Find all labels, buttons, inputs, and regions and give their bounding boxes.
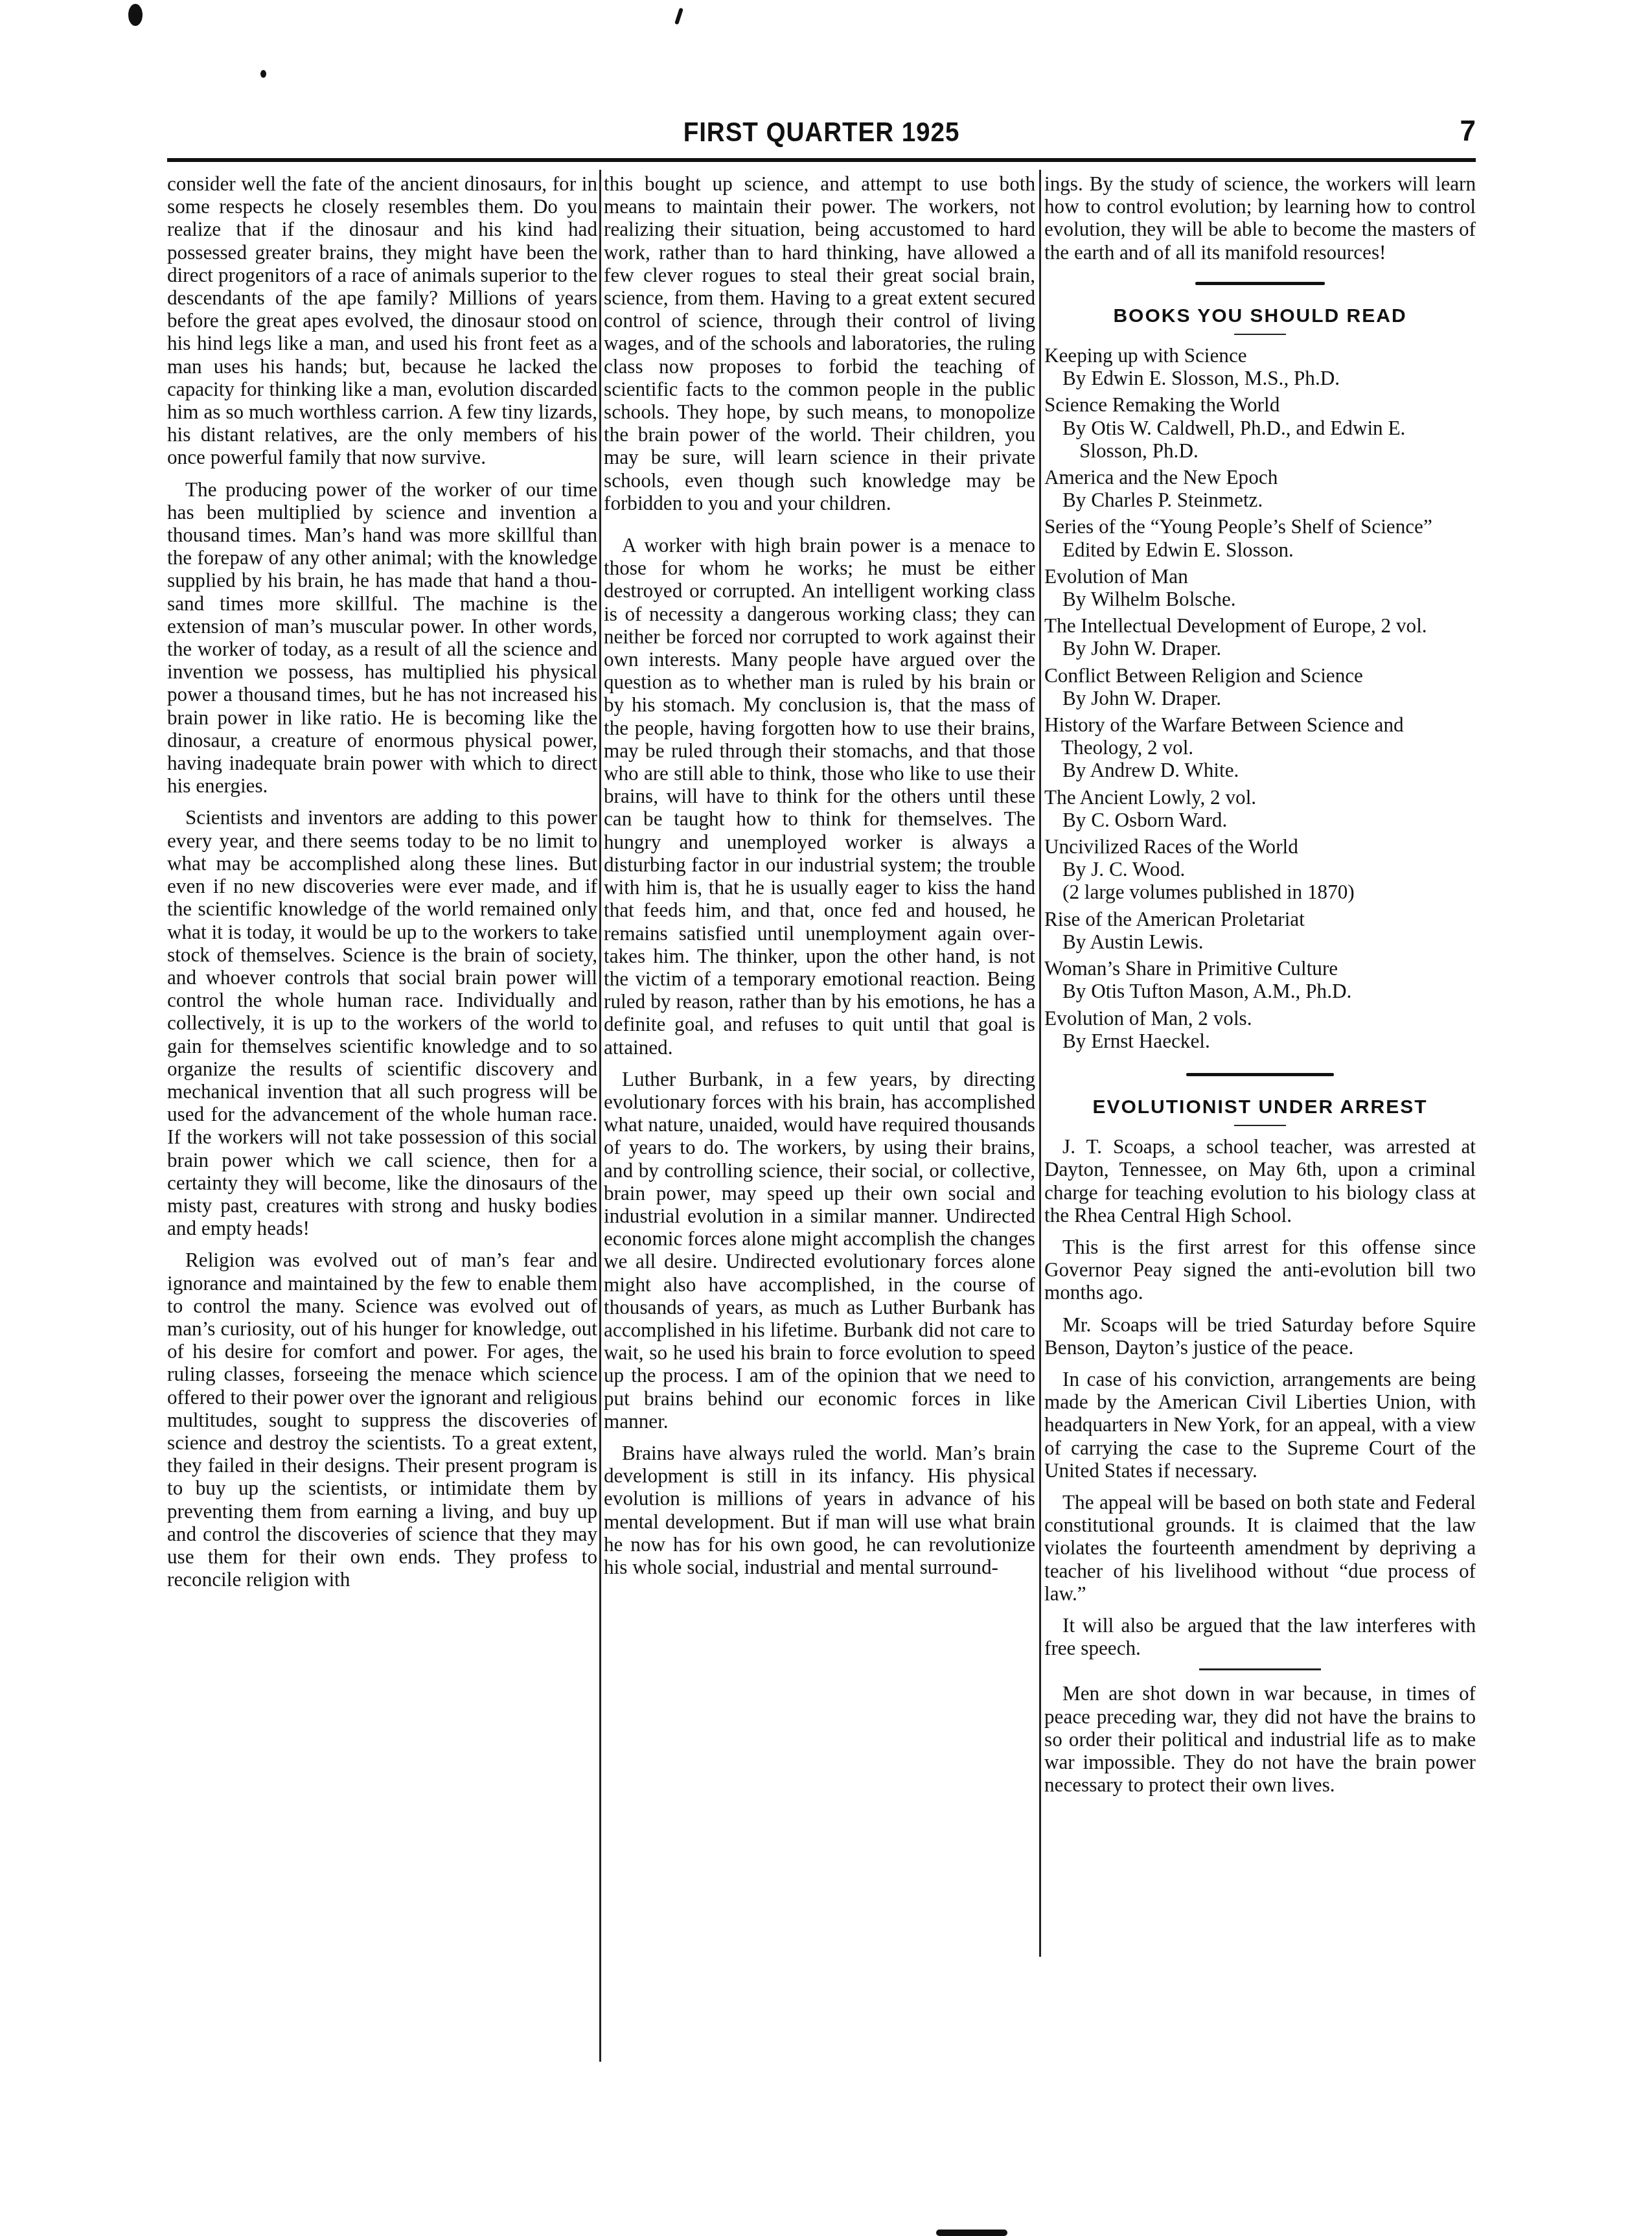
news-paragraph: This is the first arrest for this offens… [1044,1236,1476,1304]
header-rule [167,158,1476,162]
article-paragraph: consider well the fate of the ancient di… [167,172,597,469]
book-list: Keeping up with ScienceBy Edwin E. Sloss… [1044,344,1476,1052]
closing-paragraph: Men are shot down in war because, in tim… [1044,1682,1476,1796]
book-entry: Keeping up with ScienceBy Edwin E. Sloss… [1044,344,1476,389]
page-number: 7 [1460,115,1476,148]
column-divider [599,170,601,2062]
book-title: Science Remaking the World [1044,393,1476,416]
book-title: Evolution of Man, 2 vols. [1044,1007,1476,1030]
scan-mark [674,8,683,25]
book-title: The Intellectual Development of Europe, … [1044,614,1476,637]
news-paragraph: It will also be argued that the law inte… [1044,1614,1476,1659]
book-title: Keeping up with Science [1044,344,1476,367]
book-title: History of the Warfare Between Sci­ence … [1044,713,1476,759]
news-paragraph: The appeal will be based on both state a… [1044,1491,1476,1605]
book-author: Edited by Edwin E. Slosson. [1044,538,1476,561]
issue-title: FIRST QUARTER 1925 [220,117,1423,148]
column-3: ings. By the study of science, the worke… [1044,172,1476,1805]
article-paragraph: Scientists and inventors are adding to t… [167,806,597,1239]
book-entry: Evolution of ManBy Wilhelm Bolsche. [1044,565,1476,610]
book-author: By J. C. Wood. [1044,858,1476,881]
book-title: Woman’s Share in Primitive Culture [1044,957,1476,980]
column-2: this bought up science, and attempt to u… [604,172,1035,1587]
article-paragraph: A worker with high brain power is a mena… [604,534,1035,1059]
section-divider [1186,1073,1334,1076]
book-author: By Charles P. Steinmetz. [1044,489,1476,511]
book-author: By Ernst Haeckel. [1044,1030,1476,1052]
scan-blot [128,4,143,26]
article-paragraph: this bought up science, and attempt to u… [604,172,1035,514]
book-entry: Evolution of Man, 2 vols.By Ernst Haecke… [1044,1007,1476,1052]
section-divider [1195,282,1325,285]
book-author: By Edwin E. Slosson, M.S., Ph.D. [1044,367,1476,389]
article-paragraph: Religion was evolved out of man’s fear a… [167,1249,597,1591]
book-entry: The Intellectual Development of Europe, … [1044,614,1476,660]
news-paragraph: J. T. Scoaps, a school teacher, was arre… [1044,1135,1476,1227]
book-title: Conflict Between Religion and Science [1044,664,1476,687]
book-entry: The Ancient Lowly, 2 vol.By C. Osborn Wa… [1044,786,1476,831]
column-divider [1039,170,1041,1957]
book-entry: History of the Warfare Between Sci­ence … [1044,713,1476,782]
book-entry: Series of the “Young People’s Shelf of S… [1044,515,1476,560]
news-paragraph: In case of his conviction, arrange­ments… [1044,1368,1476,1482]
heading-underline [1234,1125,1286,1126]
book-entry: America and the New EpochBy Charles P. S… [1044,466,1476,511]
scan-blot [936,2230,1007,2236]
book-author: By Wilhelm Bolsche. [1044,588,1476,610]
column-1: consider well the fate of the ancient di… [167,172,597,1600]
book-entry: Woman’s Share in Primitive CultureBy Oti… [1044,957,1476,1002]
article-paragraph: Luther Burbank, in a few years, by direc… [604,1068,1035,1433]
book-title: The Ancient Lowly, 2 vol. [1044,786,1476,809]
book-entry: Science Remaking the WorldBy Otis W. Cal… [1044,393,1476,462]
book-entry: Uncivilized Races of the WorldBy J. C. W… [1044,835,1476,904]
books-heading: BOOKS YOU SHOULD READ [1044,305,1476,327]
book-title: Rise of the American Proletariat [1044,908,1476,930]
article-paragraph: Brains have always ruled the world. Man’… [604,1442,1035,1578]
book-entry: Rise of the American ProletariatBy Austi… [1044,908,1476,953]
arrest-heading: EVOLUTIONIST UNDER ARREST [1044,1096,1476,1118]
heading-underline [1234,334,1286,335]
page-header: FIRST QUARTER 1925 7 [167,117,1476,156]
magazine-page: FIRST QUARTER 1925 7 consider well the f… [0,0,1652,2236]
book-author: By Otis W. Caldwell, Ph.D., and Edwin E.… [1044,417,1476,462]
book-title: America and the New Epoch [1044,466,1476,489]
book-author: By John W. Draper. [1044,687,1476,709]
book-author: By Andrew D. White. [1044,759,1476,781]
book-author: By John W. Draper. [1044,637,1476,660]
news-paragraph: Mr. Scoaps will be tried Saturday before… [1044,1313,1476,1359]
scan-speck [260,70,266,78]
section-divider [1199,1668,1321,1670]
book-entry: Conflict Between Religion and ScienceBy … [1044,664,1476,709]
book-title: Uncivilized Races of the World [1044,835,1476,858]
book-author: By Otis Tufton Mason, A.M., Ph.D. [1044,980,1476,1002]
book-note: (2 large volumes published in 1870) [1044,881,1476,903]
book-title: Evolution of Man [1044,565,1476,588]
book-author: By C. Osborn Ward. [1044,809,1476,831]
article-paragraph: ings. By the study of science, the worke… [1044,172,1476,264]
article-paragraph: The producing power of the worker of our… [167,478,597,798]
book-author: By Austin Lewis. [1044,930,1476,953]
book-title: Series of the “Young People’s Shelf of S… [1044,515,1476,538]
